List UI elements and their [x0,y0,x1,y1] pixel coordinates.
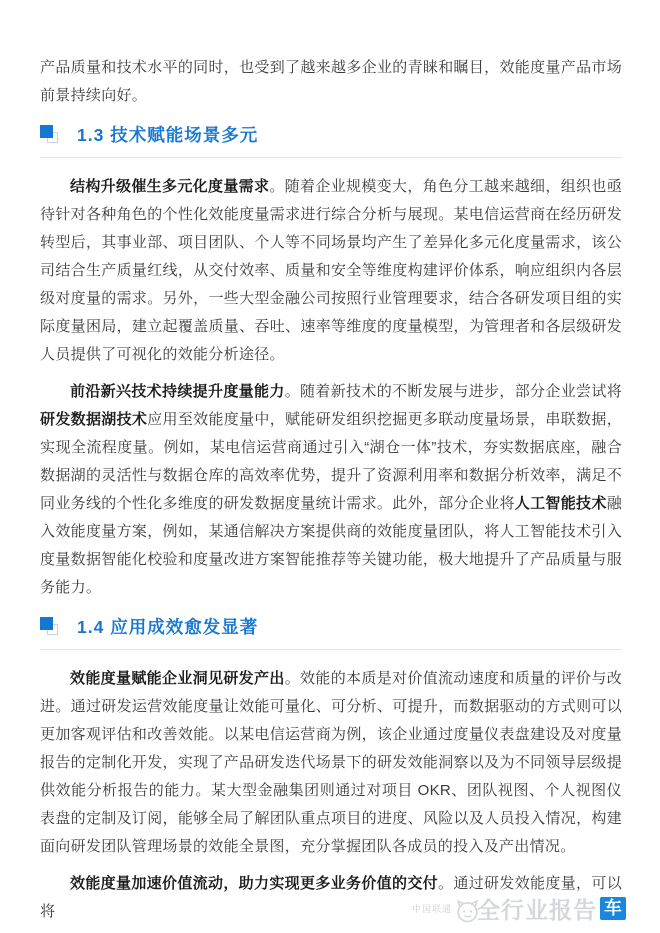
body-paragraph: 前沿新兴技术持续提升度量能力。随着新技术的不断发展与进步，部分企业尝试将研发数据… [40,378,622,602]
section-heading-1-4: 1.4 应用成效愈发显著 [40,616,622,650]
section-title-1-3: 1.3 技术赋能场景多元 [77,124,258,146]
bullet-solid-square [40,617,53,630]
watermark-publisher-text: 中国联通 [412,902,452,915]
watermark-badge: 车 [600,897,626,920]
bullet-solid-square [40,125,53,138]
footer-watermark: 中国联通 全行业报告 车 [412,892,626,925]
section-heading-1-3: 1.3 技术赋能场景多元 [40,124,622,158]
body-paragraph: 效能度量赋能企业洞见研发产出。效能的本质是对价值流动速度和质量的评价与改进。通过… [40,665,622,861]
watermark-title-text: 全行业报告 [477,892,597,925]
section-bullet-icon [40,125,62,146]
intro-paragraph: 产品质量和技术水平的同时，也受到了越来越多企业的青睐和瞩目，效能度量产品市场前景… [40,54,622,110]
body-paragraph: 结构升级催生多元化度量需求。随着企业规模变大，角色分工越来越细，组织也亟待针对各… [40,173,622,369]
report-page: 产品质量和技术水平的同时，也受到了越来越多企业的青睐和瞩目，效能度量产品市场前景… [0,0,660,933]
page-content: 产品质量和技术水平的同时，也受到了越来越多企业的青睐和瞩目，效能度量产品市场前景… [0,0,660,926]
section-title-1-4: 1.4 应用成效愈发显著 [77,616,258,638]
section-bullet-icon [40,617,62,638]
mascot-face-icon [454,897,481,924]
